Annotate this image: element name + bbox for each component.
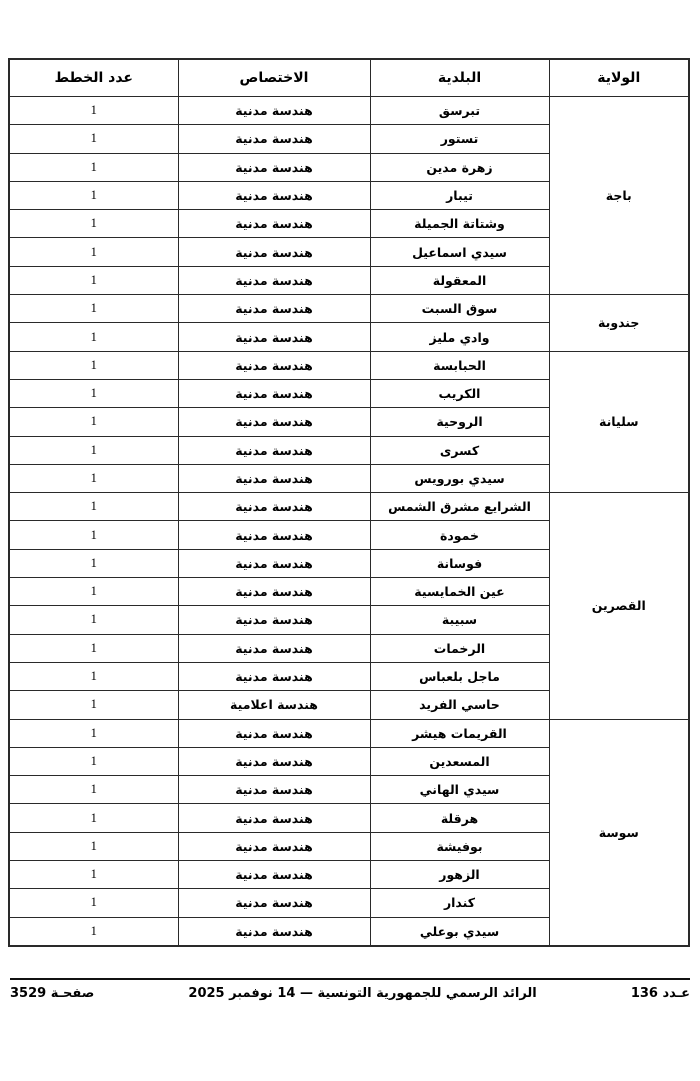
specialty-cell: هندسة مدنية bbox=[178, 153, 370, 181]
positions-count-cell: 1 bbox=[9, 125, 178, 153]
page-footer: عـدد 136 الرائد الرسمي للجمهورية التونسي… bbox=[10, 978, 690, 1001]
governorate-cell: باجة bbox=[549, 97, 689, 295]
municipality-cell: زهرة مدين bbox=[370, 153, 549, 181]
municipality-cell: خمودة bbox=[370, 521, 549, 549]
specialty-cell: هندسة مدنية bbox=[178, 266, 370, 294]
positions-count-cell: 1 bbox=[9, 323, 178, 351]
specialty-cell: هندسة مدنية bbox=[178, 238, 370, 266]
positions-count-cell: 1 bbox=[9, 295, 178, 323]
specialty-cell: هندسة مدنية bbox=[178, 295, 370, 323]
specialty-cell: هندسة مدنية bbox=[178, 861, 370, 889]
municipality-cell: هرقلة bbox=[370, 804, 549, 832]
specialty-cell: هندسة مدنية bbox=[178, 379, 370, 407]
specialty-cell: هندسة مدنية bbox=[178, 210, 370, 238]
specialty-cell: هندسة مدنية bbox=[178, 776, 370, 804]
positions-count-cell: 1 bbox=[9, 153, 178, 181]
table-body: باجةتبرسقهندسة مدنية1تستورهندسة مدنية1زه… bbox=[9, 97, 689, 946]
specialty-cell: هندسة اعلامية bbox=[178, 691, 370, 719]
municipality-cell: المسعدين bbox=[370, 747, 549, 775]
positions-count-cell: 1 bbox=[9, 549, 178, 577]
positions-count-cell: 1 bbox=[9, 804, 178, 832]
municipality-cell: تبرسق bbox=[370, 97, 549, 125]
municipality-cell: حاسي الفريد bbox=[370, 691, 549, 719]
footer-page-number: صفحـة 3529 bbox=[10, 986, 94, 1001]
positions-count-cell: 1 bbox=[9, 408, 178, 436]
specialty-cell: هندسة مدنية bbox=[178, 889, 370, 917]
footer-issue-number: عـدد 136 bbox=[631, 986, 690, 1001]
specialty-cell: هندسة مدنية bbox=[178, 747, 370, 775]
specialty-cell: هندسة مدنية bbox=[178, 549, 370, 577]
positions-count-cell: 1 bbox=[9, 97, 178, 125]
header-governorate: الولاية bbox=[549, 59, 689, 97]
specialty-cell: هندسة مدنية bbox=[178, 917, 370, 946]
governorate-cell: جندوبة bbox=[549, 295, 689, 352]
specialty-cell: هندسة مدنية bbox=[178, 97, 370, 125]
specialty-cell: هندسة مدنية bbox=[178, 464, 370, 492]
table-row: سوسةالقريمات هيشرهندسة مدنية1 bbox=[9, 719, 689, 747]
positions-count-cell: 1 bbox=[9, 747, 178, 775]
municipality-cell: ماجل بلعباس bbox=[370, 662, 549, 690]
positions-count-cell: 1 bbox=[9, 832, 178, 860]
positions-count-cell: 1 bbox=[9, 238, 178, 266]
municipality-cell: سبيبة bbox=[370, 606, 549, 634]
specialty-cell: هندسة مدنية bbox=[178, 181, 370, 209]
specialty-cell: هندسة مدنية bbox=[178, 634, 370, 662]
specialty-cell: هندسة مدنية bbox=[178, 323, 370, 351]
positions-count-cell: 1 bbox=[9, 210, 178, 238]
header-municipality: البلدية bbox=[370, 59, 549, 97]
positions-count-cell: 1 bbox=[9, 436, 178, 464]
municipality-cell: سوق السبت bbox=[370, 295, 549, 323]
recruitment-table: الولاية البلدية الاختصاص عدد الخطط باجةت… bbox=[8, 58, 690, 947]
positions-count-cell: 1 bbox=[9, 861, 178, 889]
municipality-cell: سيدي بورويس bbox=[370, 464, 549, 492]
municipality-cell: سيدي الهاني bbox=[370, 776, 549, 804]
specialty-cell: هندسة مدنية bbox=[178, 493, 370, 521]
positions-count-cell: 1 bbox=[9, 578, 178, 606]
municipality-cell: كندار bbox=[370, 889, 549, 917]
specialty-cell: هندسة مدنية bbox=[178, 578, 370, 606]
municipality-cell: الشرايع مشرق الشمس bbox=[370, 493, 549, 521]
municipality-cell: المعقولة bbox=[370, 266, 549, 294]
table-row: سليانةالحبابسةهندسة مدنية1 bbox=[9, 351, 689, 379]
governorate-cell: سوسة bbox=[549, 719, 689, 946]
positions-count-cell: 1 bbox=[9, 464, 178, 492]
positions-count-cell: 1 bbox=[9, 606, 178, 634]
table-row: جندوبةسوق السبتهندسة مدنية1 bbox=[9, 295, 689, 323]
footer-journal-title: الرائد الرسمي للجمهورية التونسية — 14 نو… bbox=[188, 986, 536, 1001]
positions-count-cell: 1 bbox=[9, 379, 178, 407]
positions-count-cell: 1 bbox=[9, 634, 178, 662]
positions-count-cell: 1 bbox=[9, 889, 178, 917]
specialty-cell: هندسة مدنية bbox=[178, 125, 370, 153]
municipality-cell: كسرى bbox=[370, 436, 549, 464]
municipality-cell: الروحية bbox=[370, 408, 549, 436]
municipality-cell: القريمات هيشر bbox=[370, 719, 549, 747]
specialty-cell: هندسة مدنية bbox=[178, 832, 370, 860]
municipality-cell: عين الخمايسية bbox=[370, 578, 549, 606]
municipality-cell: الحبابسة bbox=[370, 351, 549, 379]
specialty-cell: هندسة مدنية bbox=[178, 804, 370, 832]
governorate-cell: القصرين bbox=[549, 493, 689, 719]
municipality-cell: وادي مليز bbox=[370, 323, 549, 351]
table-row: القصرينالشرايع مشرق الشمسهندسة مدنية1 bbox=[9, 493, 689, 521]
positions-count-cell: 1 bbox=[9, 719, 178, 747]
municipality-cell: سيدي بوعلي bbox=[370, 917, 549, 946]
header-positions: عدد الخطط bbox=[9, 59, 178, 97]
governorate-cell: سليانة bbox=[549, 351, 689, 492]
positions-count-cell: 1 bbox=[9, 691, 178, 719]
municipality-cell: تيبار bbox=[370, 181, 549, 209]
specialty-cell: هندسة مدنية bbox=[178, 662, 370, 690]
gazette-page: الولاية البلدية الاختصاص عدد الخطط باجةت… bbox=[0, 0, 700, 1081]
municipality-cell: بوفيشة bbox=[370, 832, 549, 860]
municipality-cell: تستور bbox=[370, 125, 549, 153]
header-specialty: الاختصاص bbox=[178, 59, 370, 97]
municipality-cell: وشتاتة الجميلة bbox=[370, 210, 549, 238]
table-row: باجةتبرسقهندسة مدنية1 bbox=[9, 97, 689, 125]
positions-count-cell: 1 bbox=[9, 662, 178, 690]
positions-count-cell: 1 bbox=[9, 351, 178, 379]
positions-count-cell: 1 bbox=[9, 521, 178, 549]
specialty-cell: هندسة مدنية bbox=[178, 521, 370, 549]
specialty-cell: هندسة مدنية bbox=[178, 436, 370, 464]
municipality-cell: الرخمات bbox=[370, 634, 549, 662]
municipality-cell: الكريب bbox=[370, 379, 549, 407]
positions-count-cell: 1 bbox=[9, 181, 178, 209]
municipality-cell: سيدي اسماعيل bbox=[370, 238, 549, 266]
positions-count-cell: 1 bbox=[9, 776, 178, 804]
specialty-cell: هندسة مدنية bbox=[178, 351, 370, 379]
positions-count-cell: 1 bbox=[9, 493, 178, 521]
municipality-cell: الزهور bbox=[370, 861, 549, 889]
specialty-cell: هندسة مدنية bbox=[178, 719, 370, 747]
positions-count-cell: 1 bbox=[9, 266, 178, 294]
specialty-cell: هندسة مدنية bbox=[178, 606, 370, 634]
municipality-cell: فوسانة bbox=[370, 549, 549, 577]
specialty-cell: هندسة مدنية bbox=[178, 408, 370, 436]
positions-count-cell: 1 bbox=[9, 917, 178, 946]
table-header-row: الولاية البلدية الاختصاص عدد الخطط bbox=[9, 59, 689, 97]
